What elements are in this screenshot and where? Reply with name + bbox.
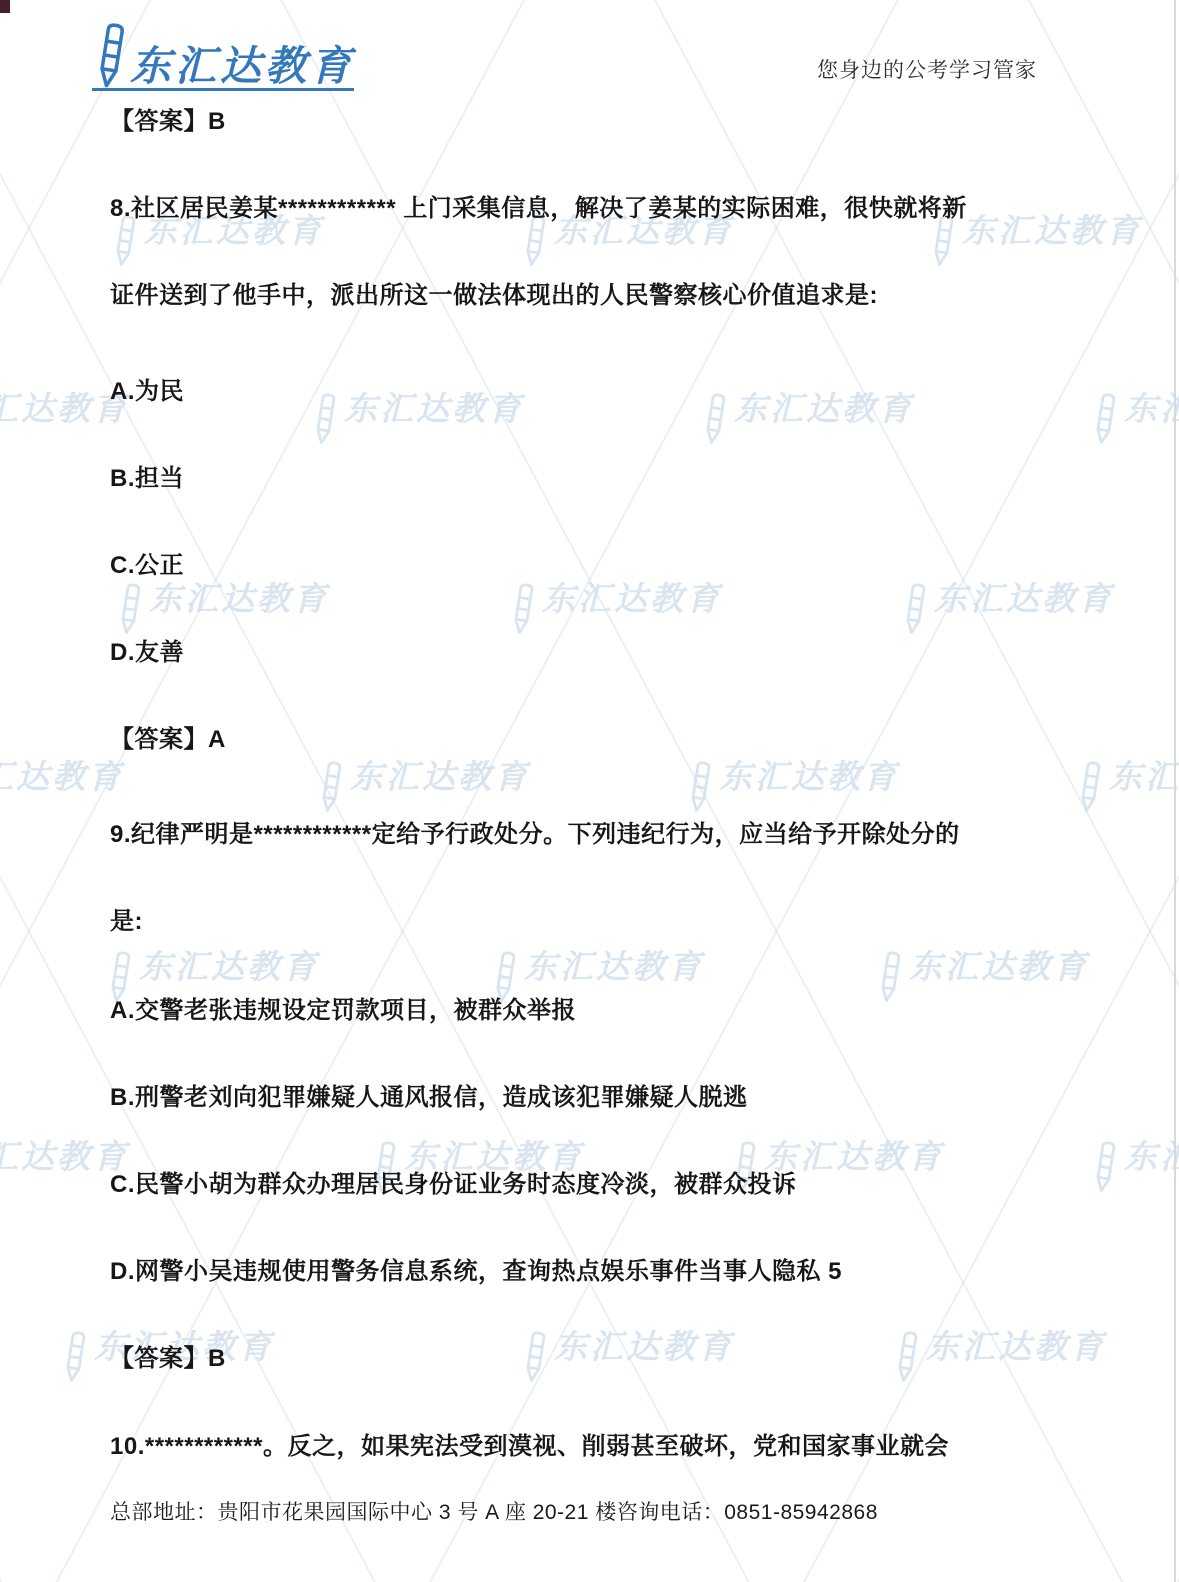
question-9-line-1: 9.纪律严明是************定给予行政处分。下列违纪行为，应当给予开除…: [110, 814, 960, 849]
brand-watermark: 东汇达教育: [892, 1329, 1106, 1387]
brand-watermark: 东汇达教育: [316, 759, 530, 817]
question-8-option-b: B.担当: [110, 458, 184, 493]
watermark-text: 东汇达教育: [719, 759, 899, 795]
brand-watermark: 东汇达教育: [1075, 759, 1179, 817]
document-page: 东汇达教育东汇达教育东汇达教育东汇达教育东汇达教育东汇达教育东汇达教育东汇达教育…: [0, 0, 1179, 1582]
watermark-text: 东汇达教育: [926, 1329, 1106, 1365]
question-8-line-1: 8.社区居民姜某************ 上门采集信息，解决了姜某的实际困难，很…: [110, 188, 967, 223]
brand-watermark: 东汇达教育: [875, 949, 1089, 1007]
brand-watermark: 东汇达教育: [900, 581, 1114, 639]
brand-watermark: 东汇达教育: [700, 391, 914, 449]
watermark-text: 东汇达教育: [344, 391, 524, 427]
watermark-text: 东汇达教育: [0, 759, 124, 795]
watermark-text: 东汇达教育: [934, 581, 1114, 617]
question-8-option-d: D.友善: [110, 632, 184, 667]
question-9-option-d: D.网警小吴违规使用警务信息系统，查询热点娱乐事件当事人隐私 5: [110, 1251, 842, 1286]
question-9-answer: 【答案】B: [110, 1338, 226, 1373]
question-8-option-a: A.为民: [110, 371, 184, 406]
watermark-text: 东汇达教育: [734, 391, 914, 427]
brand-watermark: 东汇达教育: [0, 759, 124, 817]
brand-watermark: 东汇达教育: [310, 391, 524, 449]
watermark-text: 东汇达教育: [1124, 1139, 1179, 1175]
footer-address: 总部地址：贵阳市花果园国际中心 3 号 A 座 20-21 楼咨询电话：0851…: [110, 1496, 878, 1526]
question-9-option-b: B.刑警老刘向犯罪嫌疑人通风报信，造成该犯罪嫌疑人脱逃: [110, 1077, 748, 1112]
brand-watermark: 东汇达教育: [520, 1329, 734, 1387]
scan-corner-mark: [0, 0, 10, 13]
watermark-text: 东汇达教育: [542, 581, 722, 617]
question-8-option-c: C.公正: [110, 545, 184, 580]
watermark-text: 东汇达教育: [149, 581, 329, 617]
watermark-text: 东汇达教育: [962, 213, 1142, 249]
brand-watermark: 东汇达教育: [508, 581, 722, 639]
question-8-answer: 【答案】A: [110, 719, 226, 754]
question-8-line-2: 证件送到了他手中，派出所这一做法体现出的人民警察核心价值追求是:: [110, 275, 878, 310]
logo-underline: [92, 88, 354, 91]
watermark-text: 东汇达教育: [909, 949, 1089, 985]
brand-watermark: 东汇达教育: [1090, 1139, 1179, 1197]
answer-label-previous: 【答案】B: [110, 101, 226, 136]
brand-watermark: 东汇达教育: [115, 581, 329, 639]
watermark-text: 东汇达教育: [1124, 391, 1179, 427]
question-10-line-1: 10.************。反之，如果宪法受到漠视、削弱甚至破坏，党和国家事…: [110, 1426, 949, 1461]
brand-watermark: 东汇达教育: [1090, 391, 1179, 449]
question-9-option-c: C.民警小胡为群众办理居民身份证业务时态度冷淡，被群众投诉: [110, 1164, 797, 1199]
watermark-text: 东汇达教育: [554, 1329, 734, 1365]
brand-name: 东汇达教育: [130, 33, 355, 92]
question-9-line-2: 是:: [110, 901, 143, 936]
watermark-text: 东汇达教育: [1109, 759, 1179, 795]
watermark-text: 东汇达教育: [524, 949, 704, 985]
question-9-option-a: A.交警老张违规设定罚款项目，被群众举报: [110, 990, 576, 1025]
watermark-text: 东汇达教育: [139, 949, 319, 985]
page-edge-line: [1174, 0, 1176, 1582]
brand-tagline: 您身边的公考学习管家: [817, 54, 1037, 84]
pencil-icon: [92, 22, 130, 92]
brand-watermark: 东汇达教育: [685, 759, 899, 817]
watermark-text: 东汇达教育: [350, 759, 530, 795]
